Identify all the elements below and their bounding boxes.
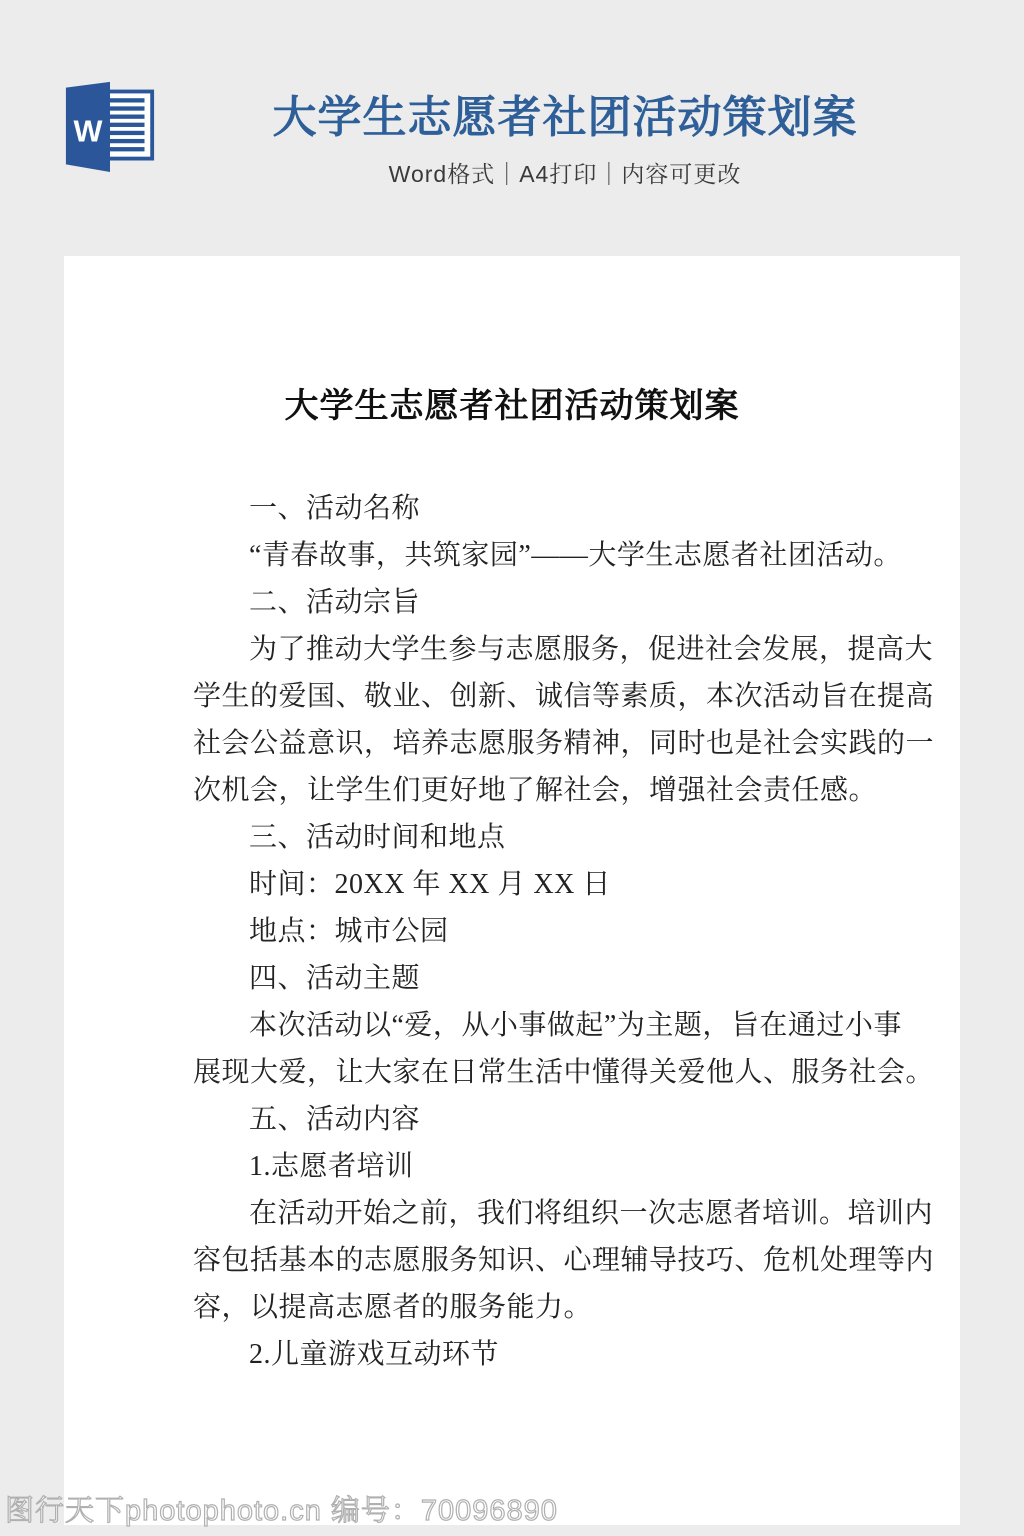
- doc-line: 五、活动内容: [193, 1096, 920, 1143]
- doc-line: 三、活动时间和地点: [193, 814, 920, 861]
- doc-line: 学生的爱国、敬业、创新、诚信等素质，本次活动旨在提高: [193, 673, 920, 720]
- header-text-block: 大学生志愿者社团活动策划案 Word格式｜A4打印｜内容可更改: [120, 92, 1010, 189]
- document-page: 大学生志愿者社团活动策划案 一、活动名称“青春故事，共筑家园”——大学生志愿者社…: [64, 256, 960, 1525]
- doc-line: 1.志愿者培训: [193, 1143, 920, 1190]
- doc-line: 容包括基本的志愿服务知识、心理辅导技巧、危机处理等内: [193, 1237, 920, 1284]
- doc-line: 地点：城市公园: [193, 908, 920, 955]
- doc-line: 社会公益意识，培养志愿服务精神，同时也是社会实践的一: [193, 720, 920, 767]
- document-title: 大学生志愿者社团活动策划案: [64, 378, 960, 427]
- doc-line: 2.儿童游戏互动环节: [193, 1331, 920, 1378]
- doc-line: 时间：20XX 年 XX 月 XX 日: [193, 861, 920, 908]
- doc-line: 为了推动大学生参与志愿服务，促进社会发展，提高大: [193, 626, 920, 673]
- doc-line: 在活动开始之前，我们将组织一次志愿者培训。培训内: [193, 1190, 920, 1237]
- doc-line: 一、活动名称: [193, 485, 920, 532]
- svg-text:W: W: [73, 114, 102, 148]
- doc-line: 容，以提高志愿者的服务能力。: [193, 1284, 920, 1331]
- doc-line: 四、活动主题: [193, 955, 920, 1002]
- doc-line: 展现大爱，让大家在日常生活中懂得关爱他人、服务社会。: [193, 1049, 920, 1096]
- doc-line: 二、活动宗旨: [193, 579, 920, 626]
- header-subtitle: Word格式｜A4打印｜内容可更改: [120, 156, 1010, 189]
- watermark-text: 图行天下photophoto.cn 编号：70096890: [5, 1488, 558, 1529]
- header-title: 大学生志愿者社团活动策划案: [120, 92, 1010, 144]
- doc-line: 本次活动以“爱，从小事做起”为主题，旨在通过小事: [193, 1002, 920, 1049]
- header: W 大学生志愿者社团活动策划案 Word格式｜A4打印｜内容可更改: [0, 0, 1024, 256]
- doc-line: 次机会，让学生们更好地了解社会，增强社会责任感。: [193, 767, 920, 814]
- document-body: 一、活动名称“青春故事，共筑家园”——大学生志愿者社团活动。二、活动宗旨为了推动…: [193, 485, 920, 1378]
- doc-line: “青春故事，共筑家园”——大学生志愿者社团活动。: [193, 532, 920, 579]
